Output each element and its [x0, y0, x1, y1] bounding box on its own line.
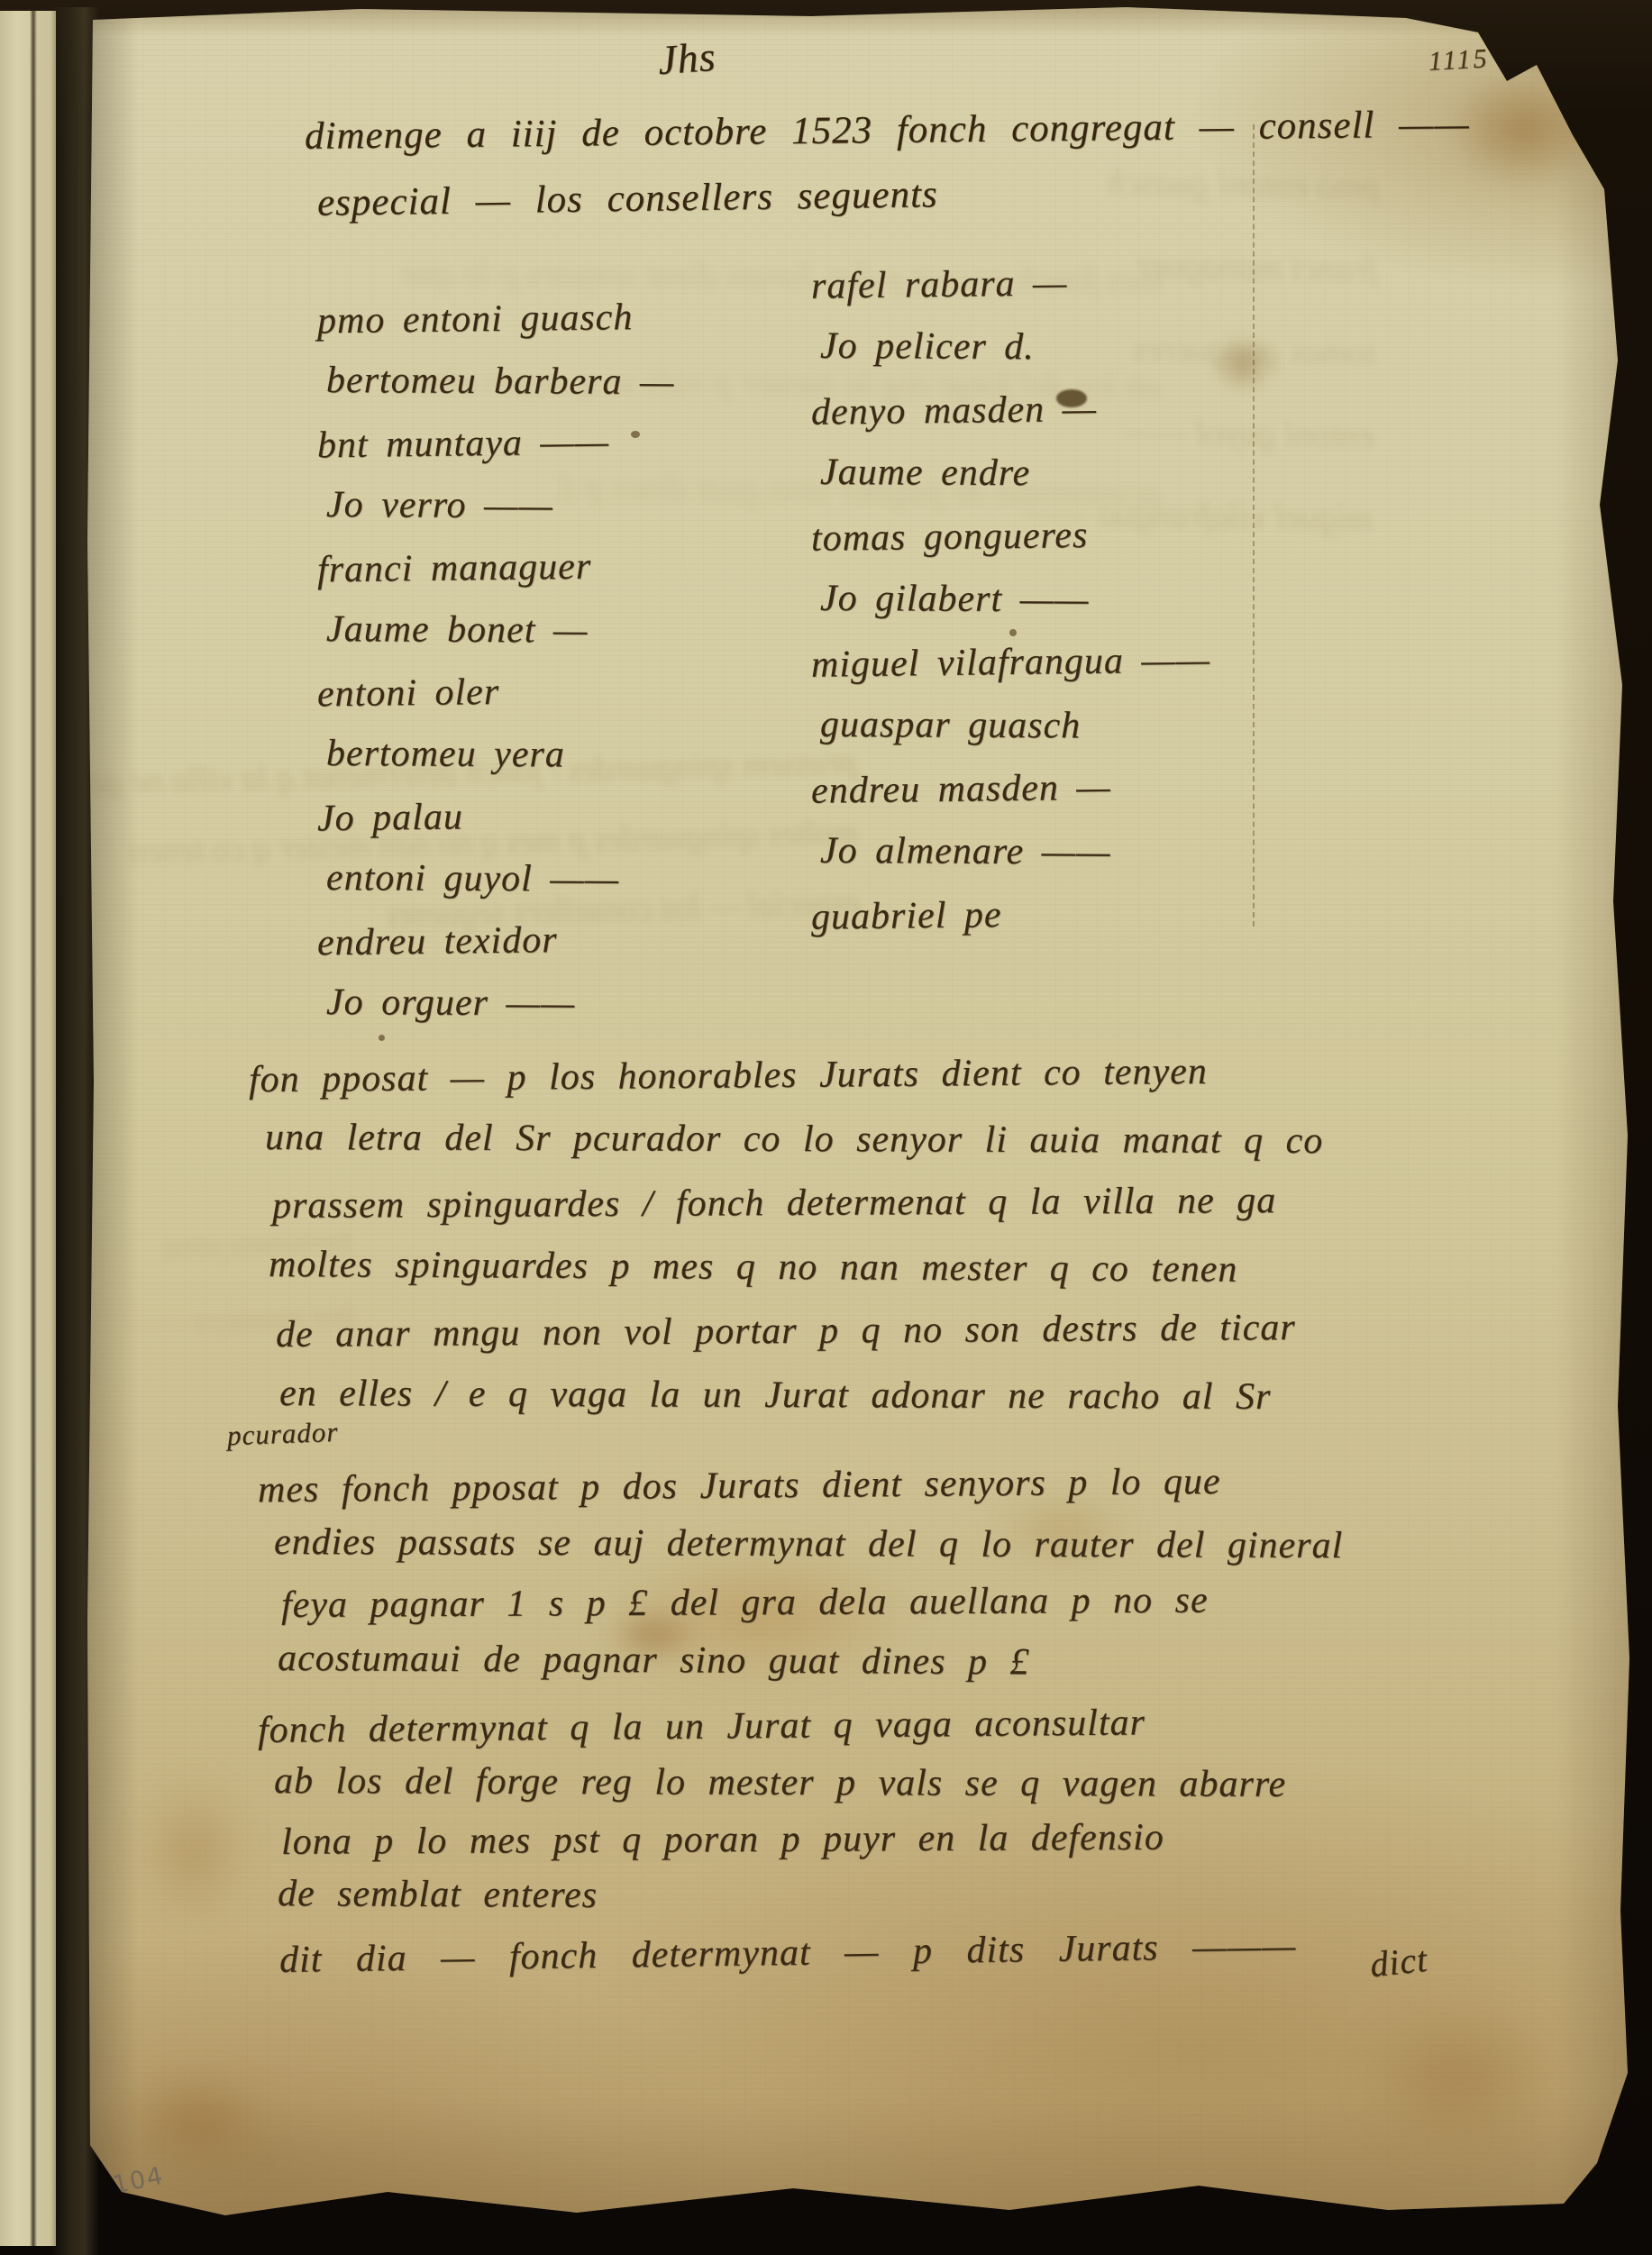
fold-crease [1253, 124, 1255, 927]
stain [117, 1747, 270, 1954]
heading-line-2: especial — los consellers seguents [317, 172, 938, 225]
attendee-column-right: rafel rabara — Jo pelicer d. denyo masde… [811, 252, 1210, 946]
attendee-name: bnt muntaya —— [317, 411, 666, 478]
record-entry-4: dit dia — fonch determynat — p dits Jura… [279, 1924, 1297, 1982]
attendee-name: guabriel pe [811, 881, 1211, 948]
attendee-name: Jaume bonet — [326, 598, 675, 662]
attendee-name: rafel rabara — [811, 250, 1211, 317]
record-entry-1: fon pposat — p los honorables Jurats die… [249, 1044, 1323, 1428]
record-line: mes fonch pposat p dos Jurats dient seny… [258, 1452, 1344, 1520]
record-line: fon pposat — p los honorables Jurats die… [249, 1039, 1324, 1112]
attendee-name: endreu texidor [317, 908, 666, 975]
ghost-line: pmo entoni guasch [1029, 140, 1379, 229]
record-line: ab los del forge reg lo mester p vals se… [258, 1753, 1286, 1813]
attendee-name: bertomeu yera [326, 723, 675, 787]
jhs-invocation: Jhs [656, 32, 717, 84]
record-line: endies passats se auj determynat del q l… [258, 1513, 1343, 1575]
folio-number: 1115 [1428, 43, 1490, 77]
record-entry-2: mes fonch pposat p dos Jurats dient seny… [258, 1456, 1343, 1691]
record-line: prassem spinguardes / fonch determenat q… [249, 1169, 1324, 1238]
attendee-name: Jo pelicer d. [820, 315, 1219, 379]
record-entry-3: fonch determynat q la un Jurat q vaga ac… [258, 1698, 1286, 1925]
attendee-name: bertomeu barbera — [326, 350, 675, 414]
facing-page-edge [0, 11, 56, 2246]
record-line: en elles / e q vaga la un Jurat adonar n… [249, 1362, 1323, 1429]
record-line: moltes spinguardes p mes q no nan mester… [249, 1233, 1324, 1302]
record-line: lona p lo mes pst q poran p puyr en la d… [258, 1809, 1287, 1871]
attendee-name: Jo palau [317, 784, 666, 851]
heading-line-1: dimenge a iiij de octobre 1523 fonch con… [305, 102, 1470, 159]
attendee-name: Jo almenare —— [820, 819, 1219, 884]
attendee-name: Jo gilabert —— [820, 567, 1219, 632]
stain [1325, 1972, 1595, 2188]
attendee-column-left: pmo entoni guasch bertomeu barbera — bnt… [317, 288, 665, 1035]
record-line: fonch determynat q la un Jurat q vaga ac… [258, 1694, 1287, 1759]
manuscript-photo: prassem spinguardes / fonch determenat q… [0, 0, 1652, 2255]
page-surface: prassem spinguardes / fonch determenat q… [81, 7, 1636, 2224]
attendee-name: Jo orguer —— [326, 972, 675, 1036]
attendee-name: tomas gongueres [811, 502, 1211, 570]
record-line: de anar mngu non vol portar p q no son d… [249, 1296, 1324, 1367]
attendee-name: denyo masden — [811, 376, 1211, 443]
record-line: una letra del Sr pcurador co lo senyor l… [249, 1106, 1323, 1173]
record-line: acostumaui de pagnar sino guat dines p £ [258, 1630, 1344, 1694]
record-entry-4-endword: dict [1368, 1938, 1430, 1986]
record-line: de semblat enteres [258, 1866, 1287, 1928]
attendee-name: entoni guyol —— [326, 847, 675, 911]
attendee-name: miguel vilafrangua —— [811, 628, 1211, 696]
stain [1487, 14, 1631, 90]
attendee-name: endreu masden — [811, 754, 1211, 822]
attendee-name: Jo verro —— [326, 474, 675, 538]
ink-speck [379, 1035, 385, 1041]
record-entry-1-catchword: pcurador [226, 1416, 339, 1452]
attendee-name: franci managuer [317, 535, 666, 602]
record-line: feya pagnar 1 s p £ del gra dela auellan… [258, 1571, 1344, 1635]
attendee-name: guaspar guasch [820, 693, 1219, 758]
attendee-name: entoni oler [317, 660, 666, 726]
pencil-foliation: 1104 [94, 2161, 167, 2203]
attendee-name: pmo entoni guasch [317, 287, 666, 353]
attendee-name: Jaume endre [820, 441, 1219, 506]
